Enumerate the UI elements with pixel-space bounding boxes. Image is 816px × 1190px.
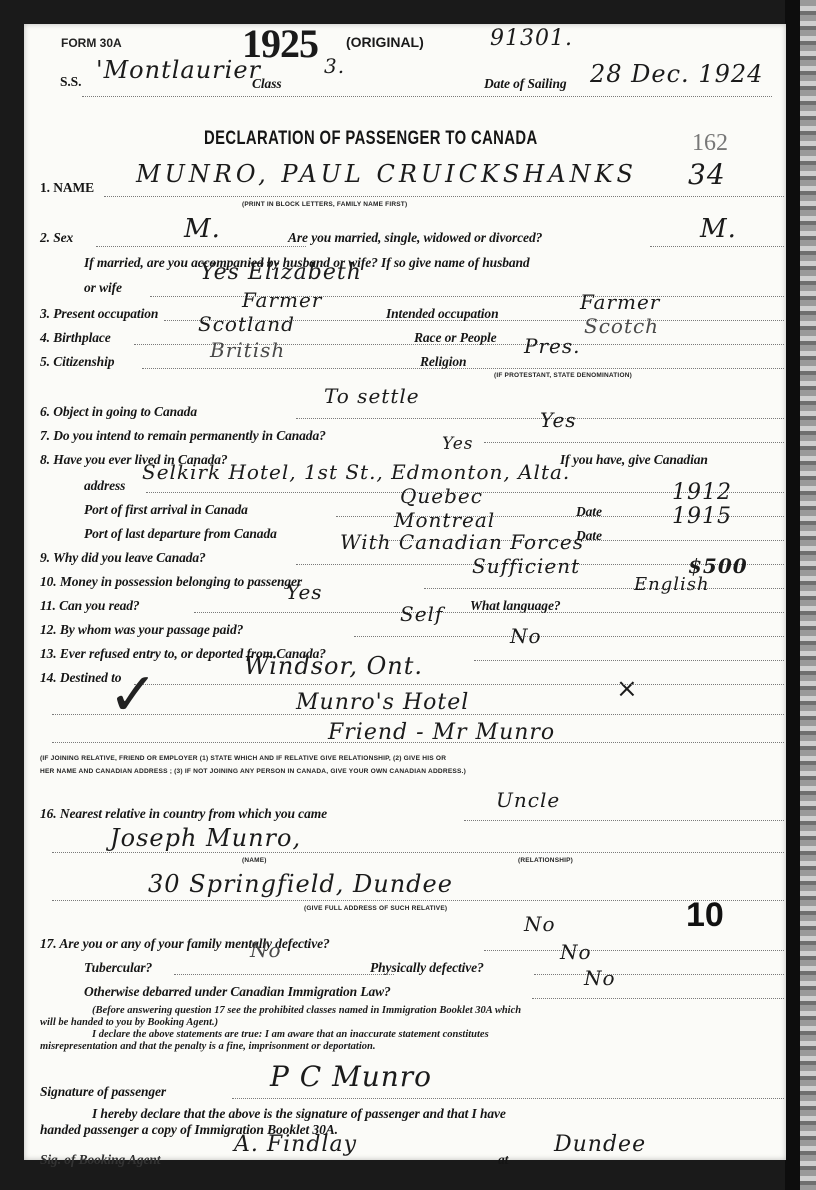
name-note: (PRINT IN BLOCK LETTERS, FAMILY NAME FIR…: [242, 201, 407, 208]
scan-border-edge: [800, 0, 816, 1190]
date-of-sailing-value: 28 Dec. 1924: [590, 60, 763, 88]
agent-label: Sig. of Booking Agent: [40, 1152, 160, 1168]
first-port-value: Quebec: [400, 484, 483, 508]
passenger-signature: P C Munro: [270, 1060, 432, 1093]
why-leave-label: 9. Why did you leave Canada?: [40, 550, 206, 566]
passage-value: Self: [400, 602, 443, 626]
scan-border-right: [785, 0, 800, 1190]
cross-mark: ×: [616, 674, 639, 704]
address-label: address: [84, 478, 125, 494]
remain-value: Yes: [540, 408, 577, 432]
citizenship-value: British: [210, 338, 285, 362]
physical-label: Physically defective?: [370, 960, 484, 976]
intended-occupation-value: Farmer: [580, 290, 660, 314]
passage-label: 12. By whom was your passage paid?: [40, 622, 243, 638]
destined-line-2: Munro's Hotel: [296, 690, 469, 715]
remain-label: 7. Do you intend to remain permanently i…: [40, 428, 326, 444]
race-value: Scotch: [584, 314, 659, 338]
date-of-sailing-label: Date of Sailing: [484, 76, 567, 92]
form-title: DECLARATION OF PASSENGER TO CANADA: [204, 128, 538, 150]
relative-address-value: 30 Springfield, Dundee: [148, 870, 453, 898]
marital-value: M.: [700, 214, 737, 244]
object-label: 6. Object in going to Canada: [40, 404, 197, 420]
relative-label: 16. Nearest relative in country from whi…: [40, 806, 327, 822]
sex-value: M.: [184, 214, 221, 244]
class-value: 3.: [324, 54, 345, 78]
ss-label: S.S.: [60, 74, 81, 90]
relative-relationship-value: Uncle: [496, 788, 560, 812]
refused-value: No: [510, 624, 542, 648]
reference-number: 91301.: [490, 26, 573, 51]
destined-note-1: (IF JOINING RELATIVE, FRIEND OR EMPLOYER…: [40, 755, 446, 762]
agent-declaration: I hereby declare that the above is the s…: [92, 1106, 506, 1122]
address-value: Selkirk Hotel, 1st St., Edmonton, Alta.: [142, 460, 570, 484]
name-label: 1. NAME: [40, 180, 94, 196]
object-value: To settle: [324, 384, 420, 408]
physical-value: No: [560, 940, 592, 964]
mental-value: No: [524, 912, 556, 936]
first-port-label: Port of first arrival in Canada: [84, 502, 248, 518]
relative-name-value: Joseph Munro,: [110, 824, 301, 852]
agent-location: Dundee: [554, 1132, 646, 1157]
relative-address-note: (GIVE FULL ADDRESS OF SUCH RELATIVE): [304, 905, 447, 912]
first-date-label: Date: [576, 504, 602, 520]
question-17-note: (Before answering question 17 see the pr…: [92, 1005, 521, 1016]
last-port-label: Port of last departure from Canada: [84, 526, 277, 542]
citizenship-label: 5. Citizenship: [40, 354, 114, 370]
stamp-number: 162: [692, 130, 728, 157]
signature-label: Signature of passenger: [40, 1084, 166, 1100]
birthplace-value: Scotland: [198, 312, 295, 336]
read-value: Yes: [286, 580, 323, 604]
tubercular-label: Tubercular?: [84, 960, 152, 976]
declaration-text: I declare the above statements are true:…: [92, 1029, 489, 1040]
question-17-note-cont: will be handed to you by Booking Agent.): [40, 1017, 218, 1028]
passenger-declaration-form: FORM 30A 1925 (ORIGINAL) 91301. S.S. 'Mo…: [24, 24, 786, 1160]
ss-line: [82, 96, 772, 97]
last-port-value: Montreal: [394, 508, 495, 532]
spouse-value: Yes Elizabeth: [200, 260, 362, 285]
name-value: MUNRO, PAUL CRUICKSHANKS: [136, 160, 637, 188]
tubercular-value: No: [250, 938, 282, 962]
money-value: Sufficient: [472, 554, 580, 578]
health-label: 17. Are you or any of your family mental…: [40, 936, 330, 952]
declaration-text-cont: misrepresentation and that the penalty i…: [40, 1041, 375, 1052]
read-label: 11. Can you read?: [40, 598, 140, 614]
copy-type: (ORIGINAL): [346, 34, 424, 50]
age-value: 34: [688, 158, 726, 191]
last-date-value: 1915: [672, 504, 732, 529]
why-leave-value: With Canadian Forces: [340, 530, 584, 554]
destined-value: Windsor, Ont.: [244, 652, 423, 680]
debarred-value: No: [584, 966, 616, 990]
agent-signature: A. Findlay: [234, 1132, 357, 1157]
marital-question: Are you married, single, widowed or divo…: [288, 230, 542, 246]
birthplace-label: 4. Birthplace: [40, 330, 111, 346]
relative-relationship-note: (RELATIONSHIP): [518, 857, 573, 864]
lived-value: Yes: [442, 434, 474, 454]
margin-mark: 10: [686, 896, 724, 935]
debarred-label: Otherwise debarred under Canadian Immigr…: [84, 984, 391, 1000]
destined-note-2: HER NAME AND CANADIAN ADDRESS ; (3) IF N…: [40, 768, 466, 775]
at-label: at: [498, 1152, 508, 1168]
language-value: English: [634, 574, 710, 595]
relative-name-note: (NAME): [242, 857, 267, 864]
first-date-value: 1912: [672, 480, 732, 505]
occupation-value: Farmer: [242, 288, 322, 312]
check-mark: ✓: [108, 660, 158, 730]
spouse-question-cont: or wife: [84, 280, 122, 296]
religion-value: Pres.: [524, 334, 580, 358]
ship-name: 'Montlaurier: [96, 56, 261, 84]
money-label: 10. Money in possession belonging to pas…: [40, 574, 302, 590]
occupation-label: 3. Present occupation: [40, 306, 158, 322]
sex-label: 2. Sex: [40, 230, 73, 246]
class-label: Class: [252, 76, 282, 92]
religion-note: (IF PROTESTANT, STATE DENOMINATION): [494, 372, 632, 379]
lived-if-label: If you have, give Canadian: [560, 452, 708, 468]
form-number: FORM 30A: [61, 36, 122, 50]
